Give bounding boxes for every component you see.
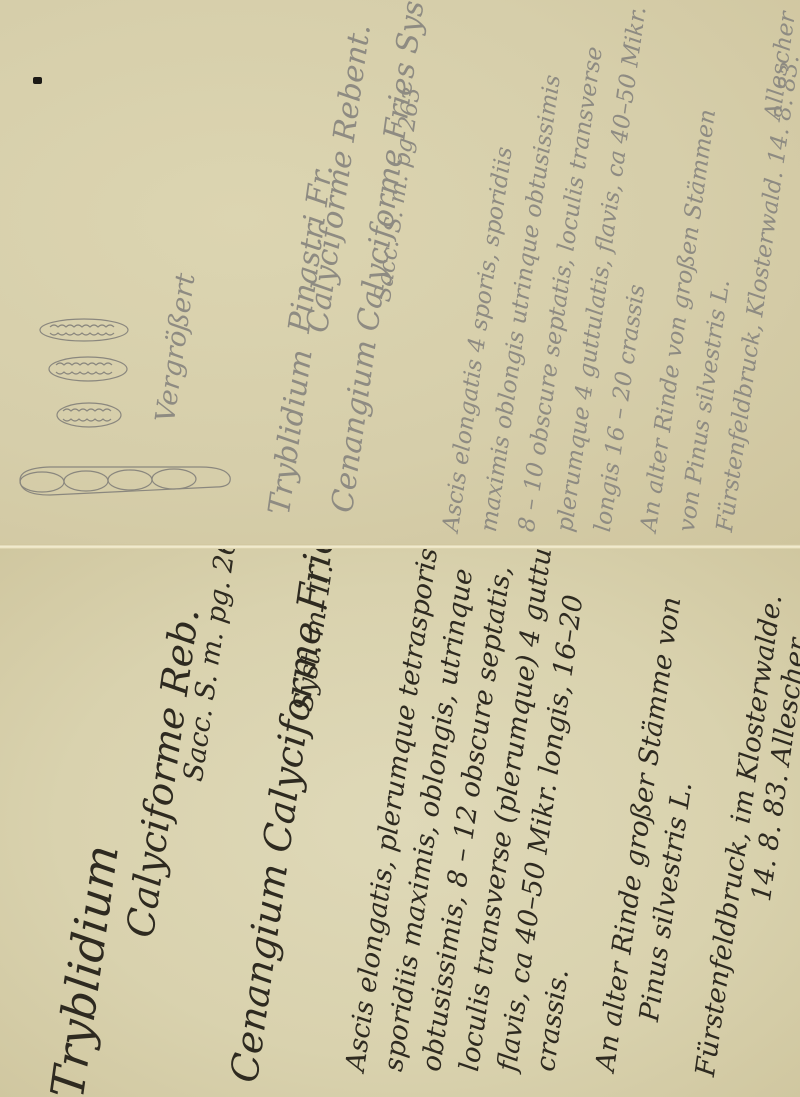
genus-title: Tryblidium [40, 842, 129, 1097]
description-line: crassis. [530, 967, 575, 1073]
ascus-icon [20, 467, 230, 495]
spore-3-icon [57, 403, 121, 427]
upper-page: Vergrößert Tryblidium Pinastri Fr. Calyc… [0, 0, 800, 546]
spore-2-icon [49, 357, 127, 381]
spore-1-icon [40, 319, 128, 341]
lower-page: Tryblidium Calyciforme Reb. Sacc. S. m. … [0, 549, 800, 1097]
